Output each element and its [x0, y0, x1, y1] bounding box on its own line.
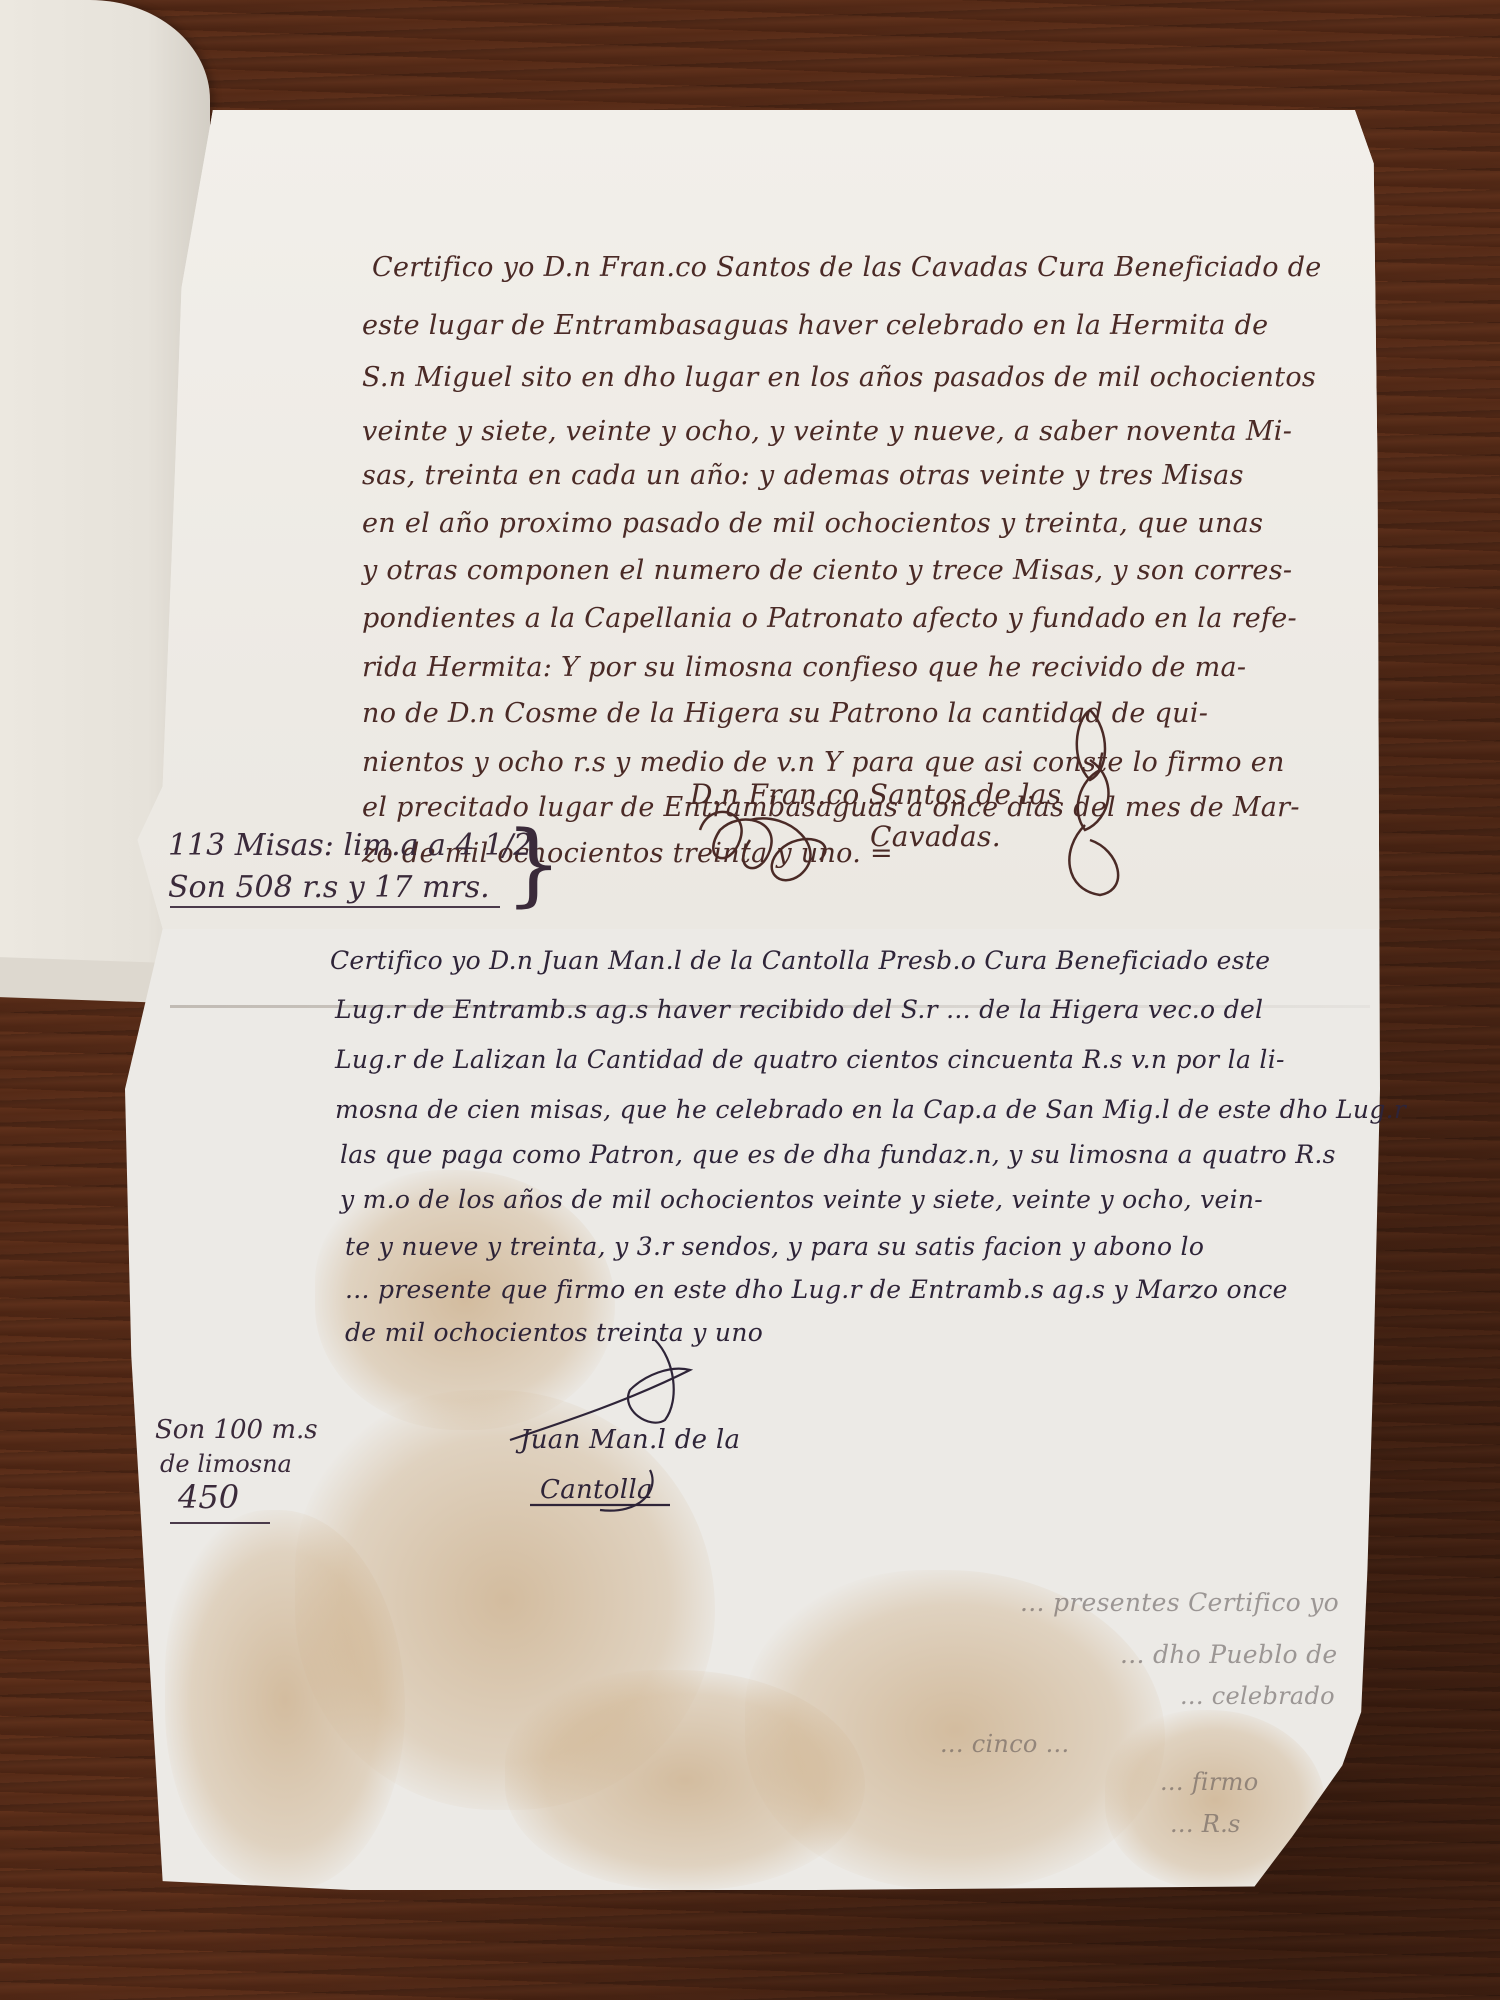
- cert3-line: ... cinco ...: [940, 1730, 1069, 1758]
- cert3-line: ... firmo: [1160, 1768, 1258, 1796]
- cert1-line: veinte y siete, veinte y ocho, y veinte …: [362, 416, 1292, 447]
- cert2-line: ... presente que firmo en este dho Lug.r…: [345, 1275, 1288, 1304]
- signature-rubric-icon: [690, 700, 1140, 910]
- cert2-line: Lug.r de Entramb.s ag.s haver recibido d…: [335, 995, 1263, 1024]
- margin-note-line: 113 Misas: lim.a a 4 1/2: [168, 828, 532, 863]
- left-page-edge: [0, 957, 165, 1003]
- cert2-line: las que paga como Patron, que es de dha …: [340, 1140, 1336, 1169]
- cert3-line: ... presentes Certifico yo: [1020, 1588, 1339, 1617]
- cert1-line: S.n Miguel sito en dho lugar en los años…: [362, 362, 1316, 393]
- cert1-line: pondientes a la Capellania o Patronato a…: [362, 603, 1297, 634]
- margin-note-line: Son 100 m.s: [155, 1415, 318, 1445]
- underline-rule: [170, 1522, 270, 1524]
- cert1-line: sas, treinta en cada un año: y ademas ot…: [362, 460, 1244, 491]
- cert3-line: ... R.s: [1170, 1810, 1241, 1838]
- underline-rule: [170, 906, 500, 908]
- cert1-line: y otras componen el numero de ciento y t…: [362, 555, 1292, 586]
- cert2-line: Certifico yo D.n Juan Man.l de la Cantol…: [330, 946, 1270, 975]
- cert3-line: ... celebrado: [1180, 1682, 1335, 1710]
- brace-icon: }: [505, 812, 562, 917]
- cert2-line: Lug.r de Lalizan la Cantidad de quatro c…: [335, 1045, 1285, 1074]
- cert1-line: en el año proximo pasado de mil ochocien…: [362, 508, 1263, 539]
- signature-rubric-icon: [470, 1320, 710, 1520]
- margin-note-line: Son 508 r.s y 17 mrs.: [168, 870, 490, 905]
- cert1-line: este lugar de Entrambasaguas haver celeb…: [362, 310, 1268, 341]
- margin-note-amount: 450: [178, 1478, 239, 1516]
- cert2-line: te y nueve y treinta, y 3.r sendos, y pa…: [345, 1232, 1204, 1261]
- cert1-line: rida Hermita: Y por su limosna confieso …: [362, 652, 1246, 683]
- cert2-line: mosna de cien misas, que he celebrado en…: [335, 1095, 1406, 1124]
- cert3-line: ... dho Pueblo de: [1120, 1640, 1338, 1669]
- cert1-line: Certifico yo D.n Fran.co Santos de las C…: [372, 252, 1322, 283]
- cert2-line: y m.o de los años de mil ochocientos vei…: [340, 1185, 1263, 1214]
- margin-note-line: de limosna: [160, 1450, 292, 1478]
